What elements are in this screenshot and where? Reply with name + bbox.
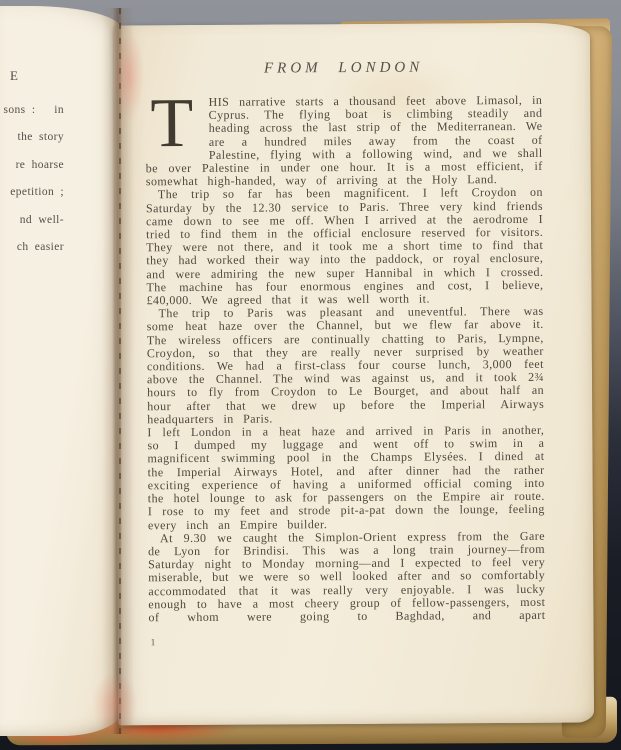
book-photo: E sons : in the story re hoarse epetitio… — [0, 0, 621, 750]
main-page: FROM LONDON THIS narrative starts a thou… — [114, 23, 594, 726]
left-page-fragment: sons : in — [0, 104, 64, 131]
left-page-fragment: re hoarse — [0, 159, 64, 186]
left-page-fragment: the story — [0, 131, 64, 158]
left-page-text-fragments: sons : in the story re hoarse epetition … — [0, 104, 64, 268]
left-page-fragment: epetition ; — [0, 186, 64, 213]
chapter-heading: FROM LONDON — [145, 59, 542, 78]
left-page-heading-fragment: E — [10, 68, 20, 84]
drop-cap: T — [145, 97, 204, 151]
body-paragraph: THIS narrative starts a thousand feet ab… — [145, 94, 543, 189]
page-number: 1 — [151, 636, 546, 648]
body-paragraph: The trip so far has been magnificent. I … — [146, 186, 544, 307]
body-paragraph: At 9.30 we caught the Simplon-Orient exp… — [148, 530, 546, 625]
body-paragraph: I left London in a heat haze and arrived… — [147, 424, 545, 532]
body-copy: THIS narrative starts a thousand feet ab… — [145, 94, 545, 625]
left-page: E sons : in the story re hoarse epetitio… — [0, 6, 122, 736]
left-page-fragment: nd well- — [0, 214, 64, 241]
left-page-fragment: ch easier — [0, 241, 64, 268]
body-paragraph: The trip to Paris was pleasant and uneve… — [147, 305, 545, 426]
paragraph-text: HIS narrative starts a thousand feet abo… — [146, 93, 543, 189]
